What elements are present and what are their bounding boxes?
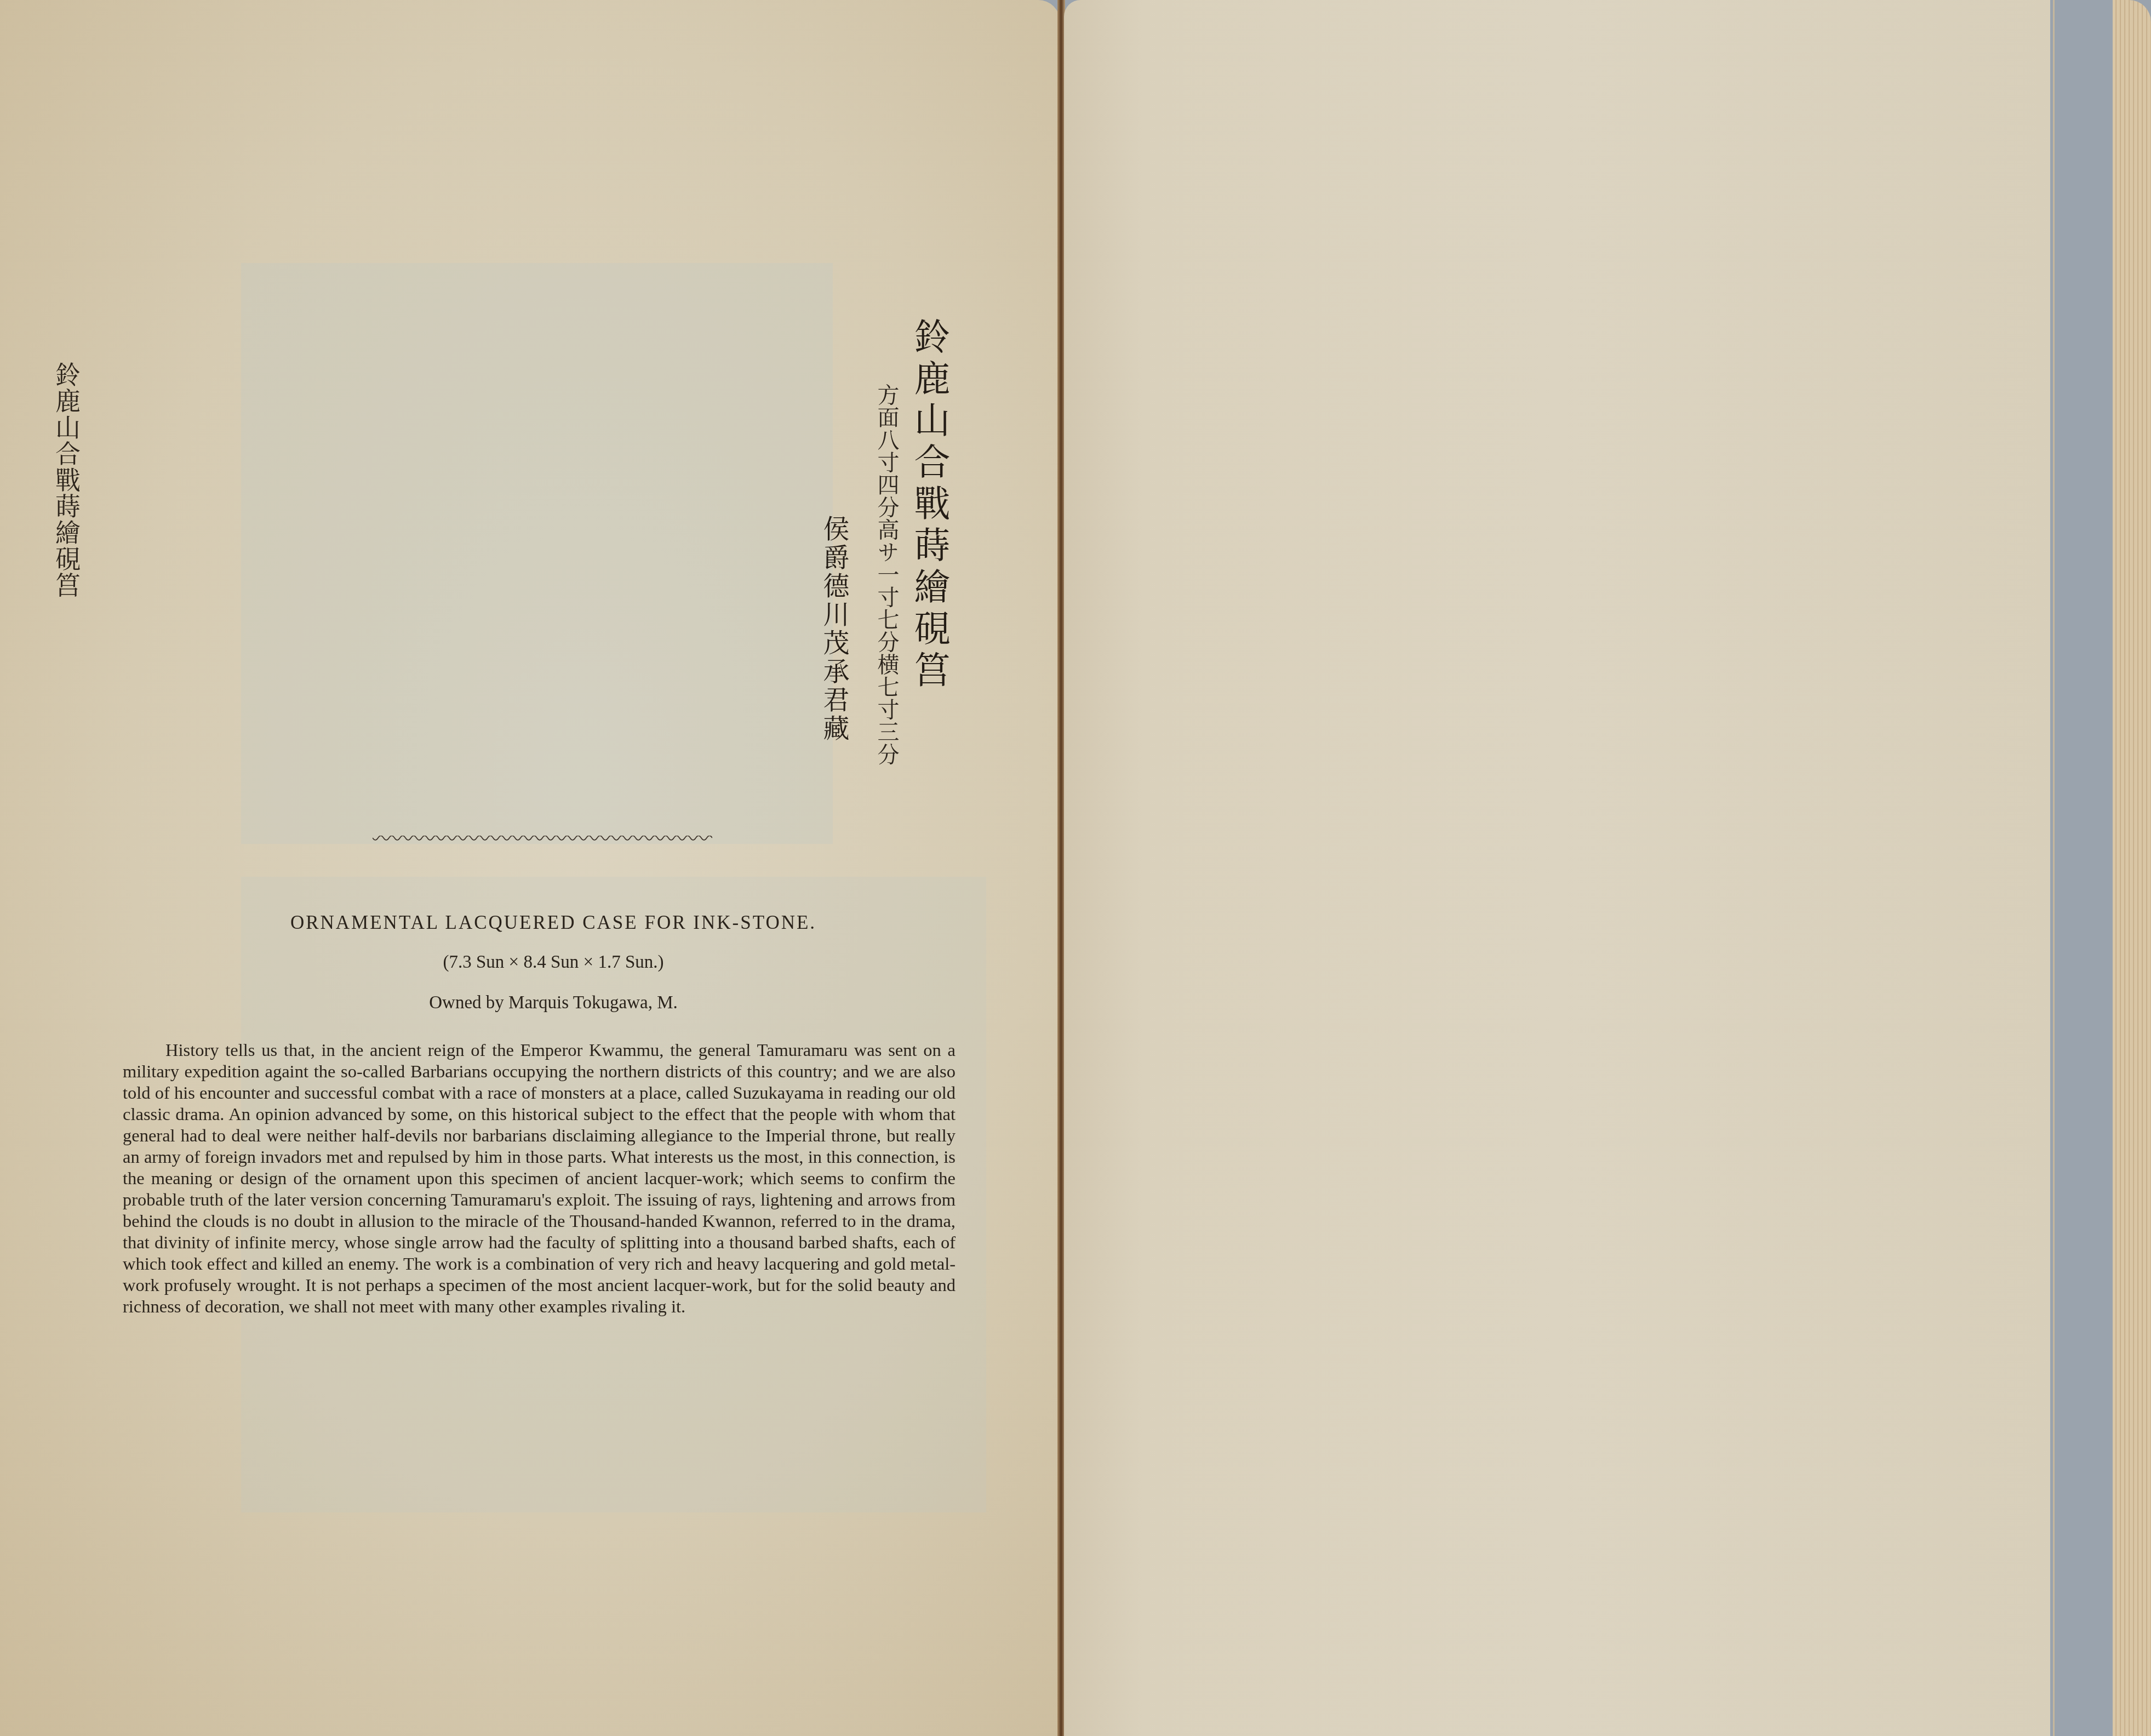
- english-paragraph: History tells us that, in the ancient re…: [123, 1040, 956, 1318]
- running-head: 鈴鹿山合戰蒔繪硯筥: [48, 362, 84, 598]
- japanese-title: 鈴鹿山合戰蒔繪硯筥: [903, 318, 955, 693]
- right-page-blank: [1064, 0, 2050, 1736]
- left-page: 鈴鹿山合戰蒔繪硯筥 鈴鹿山合戰蒔繪硯筥 方面八寸四分高サ一寸七分横七寸三分 侯爵…: [0, 0, 1060, 1736]
- english-body: History tells us that, in the ancient re…: [123, 1040, 956, 1318]
- plate-offset-shadow: [241, 263, 833, 844]
- page-stack-edges: [2113, 0, 2151, 1736]
- japanese-owner: 侯爵德川茂承君藏: [815, 515, 853, 743]
- english-title: ORNAMENTAL LACQUERED CASE FOR INK-STONE.: [241, 912, 866, 934]
- japanese-dimensions: 方面八寸四分高サ一寸七分横七寸三分: [871, 384, 902, 766]
- page-fold-line: [2053, 0, 2055, 1736]
- wavy-divider: [373, 836, 712, 843]
- book-spread: 鈴鹿山合戰蒔繪硯筥 鈴鹿山合戰蒔繪硯筥 方面八寸四分高サ一寸七分横七寸三分 侯爵…: [0, 0, 2151, 1736]
- english-dimensions: (7.3 Sun × 8.4 Sun × 1.7 Sun.): [241, 952, 866, 973]
- english-owner: Owned by Marquis Tokugawa, M.: [241, 993, 866, 1013]
